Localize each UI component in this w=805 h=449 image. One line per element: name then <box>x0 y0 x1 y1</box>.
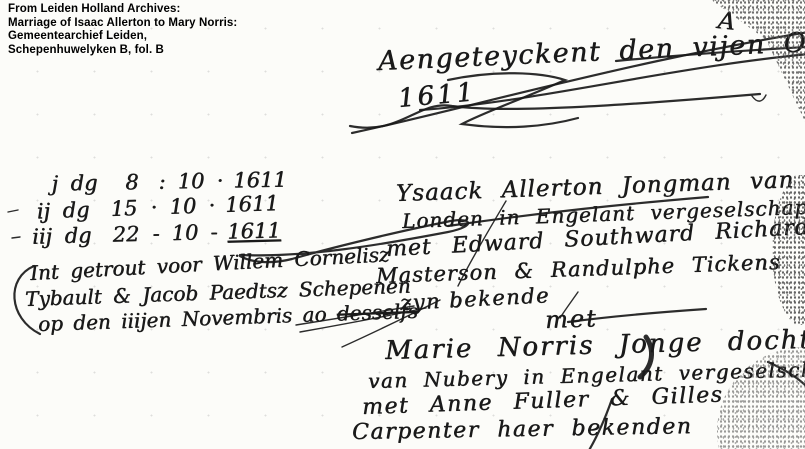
registration-year: 1611 <box>397 77 477 114</box>
banns-abbrev: dg <box>50 197 103 223</box>
banns-separator: - <box>148 221 165 245</box>
banns-separator: : <box>154 170 170 194</box>
banns-abbrev: dg <box>52 223 105 248</box>
banns-separator: - <box>206 220 223 244</box>
groom-line-5: zyn bekende <box>399 283 550 315</box>
banns-day: 22 <box>104 222 149 247</box>
caption-line-3: Gemeentearchief Leiden, <box>8 30 237 44</box>
caption-line-1: From Leiden Holland Archives: <box>8 3 237 17</box>
banns-year: 1611 <box>228 167 292 192</box>
scan-noise-top-right <box>675 0 805 132</box>
banns-year: 1611 <box>222 218 287 244</box>
bride-line-4: Carpenter haer bekenden <box>352 414 693 445</box>
connector-word: met <box>545 304 599 334</box>
banns-ordinal: iij <box>22 224 53 249</box>
banns-separator: · <box>212 169 228 193</box>
margin-tick <box>8 210 18 212</box>
margin-tick <box>12 237 20 238</box>
banns-separator: · <box>146 195 163 220</box>
banns-day: 8 <box>110 170 154 195</box>
scanned-marriage-record: From Leiden Holland Archives: Marriage o… <box>0 0 805 449</box>
banns-month: 10 <box>161 194 204 219</box>
caption-line-4: Schepenhuwelyken B, fol. B <box>8 44 237 58</box>
banns-separator: · <box>203 193 220 218</box>
banns-day: 15 <box>102 196 147 222</box>
banns-month: 10 <box>170 169 212 194</box>
banns-row-3: iijdg22-10-1611 <box>22 218 287 249</box>
banns-year: 1611 <box>219 191 284 217</box>
banns-abbrev: dg <box>58 171 110 196</box>
caption-line-2: Marriage of Isaac Allerton to Mary Norri… <box>8 17 237 31</box>
banns-month: 10 <box>164 220 207 245</box>
archive-caption: From Leiden Holland Archives: Marriage o… <box>8 3 237 57</box>
registration-line: Aengeteyckent den vijen Octob <box>377 24 805 77</box>
check-mark <box>752 95 766 101</box>
banns-ordinal: ij <box>20 199 51 224</box>
banns-ordinal: j <box>28 171 58 196</box>
